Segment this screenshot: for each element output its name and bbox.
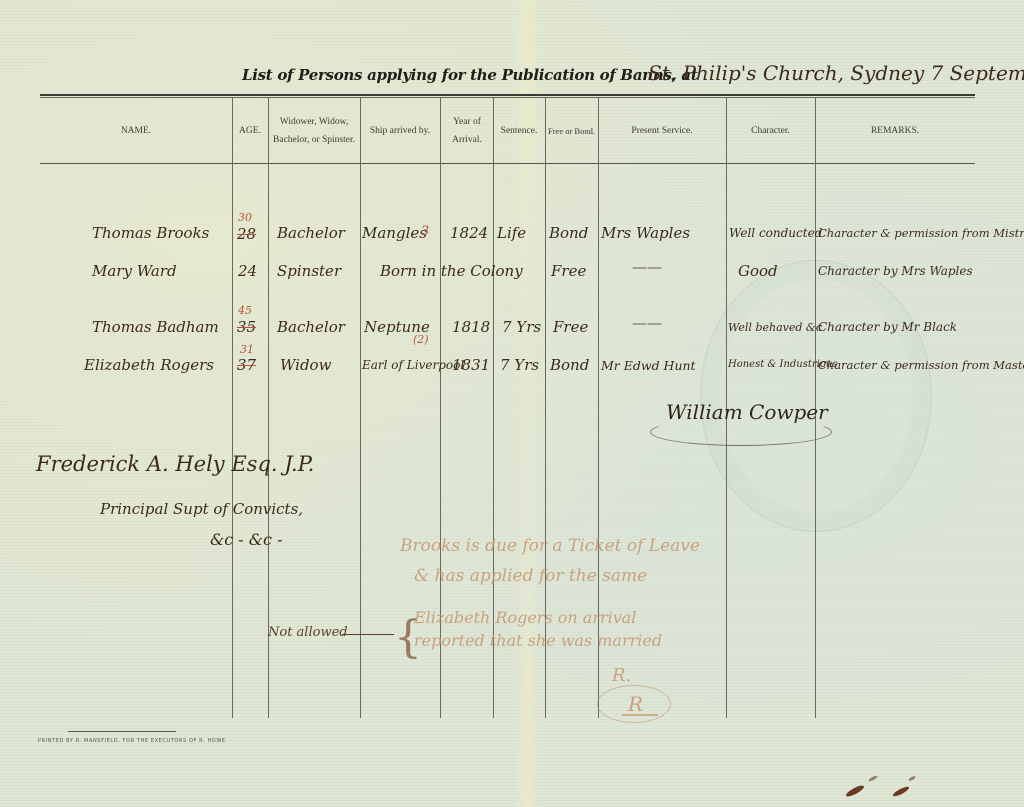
header-remarks: REMARKS. [815, 98, 975, 163]
cell-name: Elizabeth Rogers [84, 356, 214, 374]
initials-1: R. [612, 665, 631, 686]
note-ticket-of-leave-line2: & has applied for the same [414, 566, 647, 586]
header-service: Present Service. [598, 98, 726, 163]
header-rule [40, 94, 975, 96]
cell-remarks: Character by Mr Black [818, 320, 957, 334]
form-title: List of Persons applying for the Publica… [242, 66, 697, 84]
cell-character: Good [738, 262, 778, 280]
cell-service: —— [632, 258, 662, 276]
cell-year: 1831 [452, 356, 490, 374]
cell-service: Mrs Waples [601, 224, 690, 242]
cell-age: 28 [237, 225, 256, 243]
imprint-rule [68, 731, 176, 732]
addressee-etc: &c - &c - [210, 530, 282, 549]
addressee-name: Frederick A. Hely Esq. J.P. [36, 452, 314, 476]
header-sentence: Sentence. [493, 98, 545, 163]
cell-ship-note: (2) [413, 333, 429, 346]
cell-sentence: Life [497, 224, 526, 242]
note-elizabeth-line2: reported that she was married [414, 631, 662, 650]
faint-seal-watermark [700, 260, 932, 532]
cell-year: 1818 [452, 318, 490, 336]
cell-name: Thomas Badham [92, 318, 219, 336]
header-name: NAME. [40, 98, 232, 163]
not-allowed-note: Not allowed [268, 625, 348, 640]
cell-free-bond: Bond [550, 356, 589, 374]
column-divider [232, 98, 233, 718]
cell-free-bond: Free [553, 318, 588, 336]
cell-ship: Earl of Liverpool [362, 358, 464, 372]
cell-year: 1824 [450, 224, 488, 242]
cell-age: 37 [237, 356, 256, 374]
cell-remarks: Character & permission from Master [818, 358, 1024, 372]
header-year: Year of Arrival. [447, 98, 487, 163]
cell-ship: Mangles [362, 224, 427, 242]
cell-service: Mr Edwd Hunt [601, 358, 696, 373]
cell-sentence: 7 Yrs [502, 318, 541, 336]
cell-status: Spinster [277, 262, 341, 280]
note-ticket-of-leave-line1: Brooks is due for a Ticket of Leave [400, 536, 700, 556]
ink-blot [908, 775, 916, 781]
header-status: Widower, Widow, Bachelor, or Spinster. [272, 98, 356, 163]
header-free-bond: Free or Bond. [545, 98, 598, 163]
cell-service: —— [632, 314, 662, 332]
cell-age-correction: 45 [238, 304, 252, 317]
addressee-title: Principal Supt of Convicts, [100, 500, 303, 518]
cell-free-bond: Free [551, 262, 586, 280]
printer-imprint: PRINTED BY R. MANSFIELD, FOR THE EXECUTO… [38, 738, 228, 744]
column-divider [360, 98, 361, 718]
ink-blot [892, 785, 910, 798]
cell-ship: Born in the Colony [380, 262, 523, 280]
cell-status: Bachelor [277, 318, 345, 336]
cell-remarks: Character & permission from Mistress [818, 226, 1024, 240]
cell-age-correction: 30 [238, 211, 252, 224]
church-and-date: St. Philip's Church, Sydney 7 Septem 183… [648, 61, 1024, 85]
cell-age: 24 [238, 262, 257, 280]
cell-age: 35 [237, 318, 256, 336]
signature-flourish [650, 418, 832, 446]
cell-status: Widow [280, 356, 331, 374]
initials-flourish [597, 685, 671, 723]
header-ship: Ship arrived by. [360, 98, 440, 163]
cell-character: Well conducted [729, 226, 822, 240]
cell-character: Well behaved &c [728, 321, 822, 334]
initials-underline [622, 714, 658, 716]
cell-ship-note: 3 [421, 224, 429, 239]
not-allowed-line [342, 634, 394, 635]
cell-sentence: 7 Yrs [500, 356, 539, 374]
cell-name: Thomas Brooks [92, 224, 209, 242]
header-age: AGE. [232, 98, 268, 163]
note-elizabeth-line1: Elizabeth Rogers on arrival [414, 608, 636, 627]
cell-name: Mary Ward [92, 262, 177, 280]
cell-age-correction: 31 [240, 343, 254, 356]
header-character: Character. [726, 98, 815, 163]
cell-free-bond: Bond [549, 224, 588, 242]
ink-blot [845, 784, 865, 799]
column-header-rule [40, 163, 975, 164]
ink-blot [868, 775, 878, 782]
cell-remarks: Character by Mrs Waples [818, 264, 973, 278]
cell-status: Bachelor [277, 224, 345, 242]
